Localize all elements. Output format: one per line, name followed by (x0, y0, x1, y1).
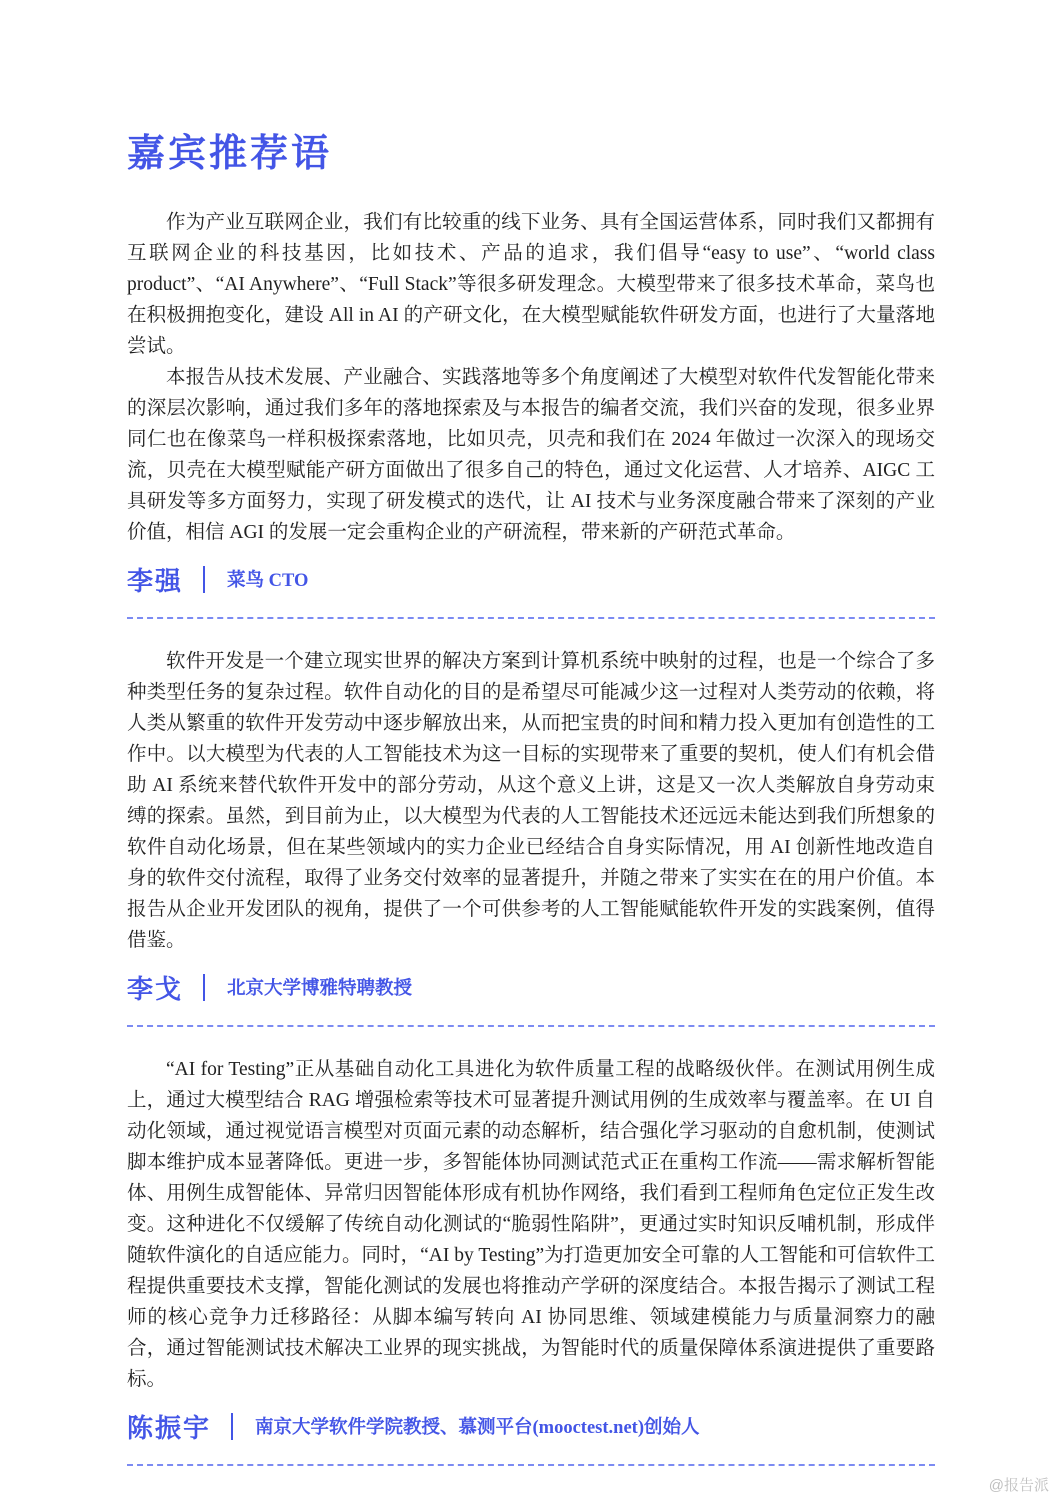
divider-bar (203, 566, 205, 593)
recommender-role: 南京大学软件学院教授、慕测平台(mooctest.net)创始人 (255, 1413, 699, 1439)
byline: 陈振宇 南京大学软件学院教授、慕测平台(mooctest.net)创始人 (127, 1407, 935, 1445)
divider-bar (231, 1413, 233, 1440)
recommendation-paragraph: 软件开发是一个建立现实世界的解决方案到计算机系统中映射的过程，也是一个综合了多种… (127, 646, 935, 956)
byline: 李戈 北京大学博雅特聘教授 (127, 968, 935, 1006)
recommender-name: 李强 (127, 561, 183, 598)
recommender-role: 菜鸟 CTO (227, 566, 308, 592)
section-divider (127, 1464, 935, 1466)
section-divider (127, 1025, 935, 1027)
recommender-name: 李戈 (127, 969, 183, 1006)
page-title: 嘉宾推荐语 (127, 122, 935, 177)
section-divider (127, 617, 935, 619)
recommender-name: 陈振宇 (127, 1408, 211, 1445)
divider-bar (203, 974, 205, 1001)
recommender-role: 北京大学博雅特聘教授 (227, 974, 412, 1000)
recommendation-paragraph: 本报告从技术发展、产业融合、实践落地等多个角度阐述了大模型对软件代发智能化带来的… (127, 362, 935, 548)
recommendation-paragraph: 作为产业互联网企业，我们有比较重的线下业务、具有全国运营体系，同时我们又都拥有互… (127, 207, 935, 362)
document-page: 嘉宾推荐语 作为产业互联网企业，我们有比较重的线下业务、具有全国运营体系，同时我… (0, 0, 1061, 1466)
recommendation-section-3: “AI for Testing”正从基础自动化工具进化为软件质量工程的战略级伙伴… (127, 1054, 935, 1466)
recommendation-section-1: 作为产业互联网企业，我们有比较重的线下业务、具有全国运营体系，同时我们又都拥有互… (127, 207, 935, 619)
recommendation-section-2: 软件开发是一个建立现实世界的解决方案到计算机系统中映射的过程，也是一个综合了多种… (127, 646, 935, 1027)
watermark: @报告派 (989, 1474, 1049, 1495)
recommendation-paragraph: “AI for Testing”正从基础自动化工具进化为软件质量工程的战略级伙伴… (127, 1054, 935, 1395)
byline: 李强 菜鸟 CTO (127, 560, 935, 598)
